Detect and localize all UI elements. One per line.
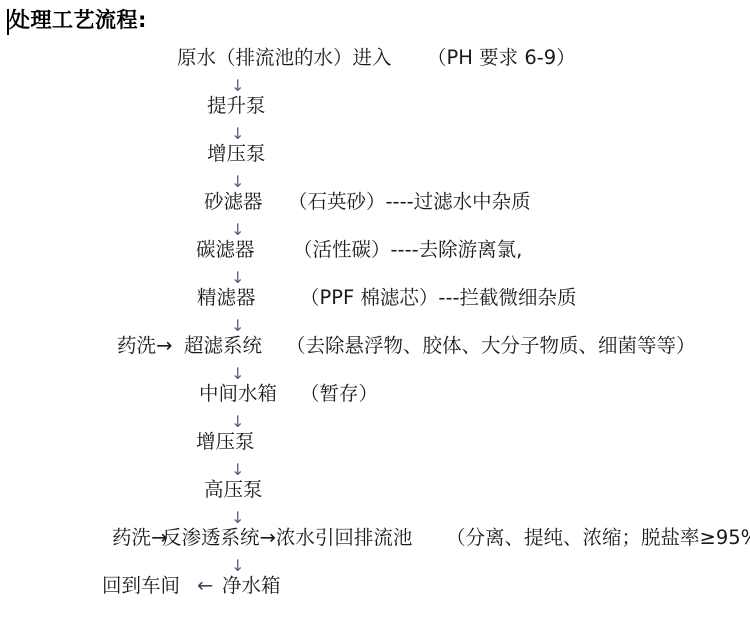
left-arrow-icon: ← <box>197 575 213 597</box>
step-lift-pump: 提升泵 <box>207 95 266 117</box>
down-arrow-icon: ↓ <box>231 126 244 142</box>
chemical-wash-label-2: 药洗→ <box>112 527 167 549</box>
down-arrow-icon: ↓ <box>231 270 244 286</box>
chemical-wash-label-1: 药洗→ <box>117 335 172 357</box>
note-sand-filter: （石英砂）----过滤水中杂质 <box>288 191 531 213</box>
note-reverse-osmosis: （分离、提纯、浓缩；脱盐率≥95%） <box>446 527 750 549</box>
note-ultrafiltration: （去除悬浮物、胶体、大分子物质、细菌等等） <box>286 335 696 357</box>
note-ph-requirement: （PH 要求 6-9） <box>427 47 576 69</box>
step-booster-pump-1: 增压泵 <box>207 143 266 165</box>
step-high-pressure-pump: 高压泵 <box>204 479 263 501</box>
step-raw-water: 原水（排流池的水）进入 <box>177 47 392 69</box>
down-arrow-icon: ↓ <box>231 174 244 190</box>
note-carbon-filter: （活性碳）----去除游离氯, <box>293 239 522 261</box>
step-return-to-workshop: 回到车间 <box>102 575 180 597</box>
step-reverse-osmosis: 反渗透系统→浓水引回排流池 <box>162 527 412 549</box>
down-arrow-icon: ↓ <box>231 414 244 430</box>
note-fine-filter: （PPF 棉滤芯）---拦截微细杂质 <box>300 287 577 309</box>
note-intermediate-tank: （暂存） <box>300 383 378 405</box>
down-arrow-icon: ↓ <box>231 558 244 574</box>
down-arrow-icon: ↓ <box>231 318 244 334</box>
document-page: 处理工艺流程: 原水（排流池的水）进入 （PH 要求 6-9） ↓ 提升泵 ↓ … <box>0 0 750 631</box>
step-clean-water-tank: 净水箱 <box>222 575 281 597</box>
step-intermediate-tank: 中间水箱 <box>199 383 277 405</box>
page-title: 处理工艺流程: <box>9 7 147 33</box>
step-ultrafiltration: 超滤系统 <box>184 335 262 357</box>
step-carbon-filter: 碳滤器 <box>196 239 255 261</box>
step-booster-pump-2: 增压泵 <box>196 431 255 453</box>
down-arrow-icon: ↓ <box>231 78 244 94</box>
step-fine-filter: 精滤器 <box>197 287 256 309</box>
down-arrow-icon: ↓ <box>231 222 244 238</box>
down-arrow-icon: ↓ <box>231 366 244 382</box>
step-sand-filter: 砂滤器 <box>204 191 263 213</box>
down-arrow-icon: ↓ <box>231 510 244 526</box>
down-arrow-icon: ↓ <box>231 462 244 478</box>
